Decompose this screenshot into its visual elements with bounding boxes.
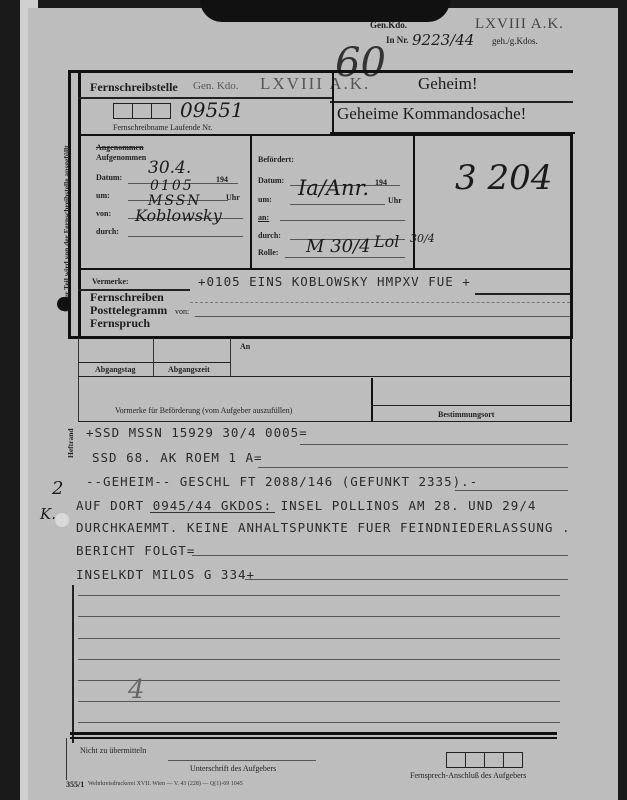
corner xyxy=(68,70,80,73)
body-line-7: INSELKDT MILOS G 334+ xyxy=(76,567,255,582)
form-top-border xyxy=(78,70,573,73)
remarks-value[interactable]: +0105 EINS KOBLOWSKY HMPXV FUE + xyxy=(198,274,471,289)
line xyxy=(258,467,568,468)
type-from-label: von: xyxy=(175,307,189,316)
divider xyxy=(78,338,79,422)
stamp-corps: LXVIII A.K. xyxy=(475,16,564,33)
secret-label: Geheim! xyxy=(418,74,477,94)
divider xyxy=(332,70,334,136)
line xyxy=(192,555,568,556)
margin-mark-k: K. xyxy=(40,505,56,523)
forwarded-to[interactable]: Ia/Anr. xyxy=(298,176,369,200)
body-line-3: --GEHEIM-- GESCHL FT 2088/146 (GEFUNKT 2… xyxy=(86,474,478,489)
divider xyxy=(371,378,373,422)
received-time-label: um: xyxy=(96,191,110,200)
station-label: Fernschreibstelle xyxy=(90,80,178,95)
top-secret-label: Geheime Kommandosache! xyxy=(337,104,526,124)
received-title-crossed: Angenommen xyxy=(96,143,144,152)
body-line-6: BERICHT FOLGT= xyxy=(76,543,195,558)
body-line-2: SSD 68. AK ROEM 1 A= xyxy=(92,450,263,465)
divider xyxy=(250,134,252,268)
forwarded-time-label: um: xyxy=(258,195,272,204)
line xyxy=(128,236,243,237)
form-left-border xyxy=(78,70,81,338)
forwarded-date-label: Datum: xyxy=(258,176,284,185)
heftrand-label: Heftrand xyxy=(66,428,75,458)
line xyxy=(245,579,568,580)
divider xyxy=(153,338,154,376)
line xyxy=(78,595,560,596)
station-corps: LXVIII A.K. xyxy=(260,74,370,94)
double-rule-top xyxy=(70,732,557,735)
dispatch-day-label: Abgangstag xyxy=(95,365,135,374)
line xyxy=(195,316,570,317)
line xyxy=(371,405,570,406)
forwarded-signature: Lol xyxy=(374,232,399,251)
line xyxy=(78,376,570,377)
stamp-classification: geh./g.Kdos. xyxy=(492,36,538,46)
forwarded-role[interactable]: M 30/4 xyxy=(306,236,371,257)
forwarded-by-label: durch: xyxy=(258,231,281,240)
line xyxy=(300,444,568,445)
phone-number-boxes[interactable] xyxy=(446,752,523,768)
line xyxy=(455,490,568,491)
margin-mark-2: 2 xyxy=(52,478,63,499)
type-phone[interactable]: Fernspruch xyxy=(90,316,150,331)
form-section-border xyxy=(68,336,573,339)
print-code: 355/1 xyxy=(66,780,84,789)
print-info: Wehrkreisdruckerei XVII. Wien — V. 43 (2… xyxy=(88,781,243,787)
received-date[interactable]: 30.4. xyxy=(148,158,191,178)
body-line-4: AUF DORT 0945/44 GKDOS: INSEL POLLINOS A… xyxy=(76,498,536,513)
line xyxy=(78,362,230,363)
divider xyxy=(475,293,570,295)
reference-underline xyxy=(150,512,275,513)
not-transmit-label: Nicht zu übermitteln xyxy=(80,746,146,755)
stamp-in-nr-label: In Nr. xyxy=(386,35,409,45)
forwarded-time-unit: Uhr xyxy=(388,196,402,205)
line xyxy=(78,722,560,723)
line xyxy=(285,257,405,258)
signature-label: Unterschrift des Aufgebers xyxy=(190,764,276,773)
received-year: 194 xyxy=(216,175,228,184)
forwarded-year: 194 xyxy=(375,178,387,187)
line xyxy=(190,302,570,303)
received-by[interactable]: Koblowsky xyxy=(135,206,222,225)
scan-shadow xyxy=(200,0,450,22)
faint-mark: 4 xyxy=(128,675,145,705)
line xyxy=(78,701,560,702)
phone-label: Fernsprech-Anschluß des Aufgebers xyxy=(410,771,526,780)
forwarded-title: Befördert: xyxy=(258,155,294,164)
body-line-5: DURCHKAEMMT. KEINE ANHALTSPUNKTE FUER FE… xyxy=(76,520,571,535)
routing-label: Vormerke für Beförderung (vom Aufgeber a… xyxy=(115,406,292,415)
line xyxy=(290,204,385,205)
stamp-in-nr-value: 9223/44 xyxy=(412,31,474,49)
received-date-label: Datum: xyxy=(96,173,122,182)
divider xyxy=(66,738,67,780)
punch-hole xyxy=(57,297,71,311)
received-time-unit: Uhr xyxy=(226,193,240,202)
divider xyxy=(78,268,573,270)
line xyxy=(78,421,570,422)
form-right-border xyxy=(570,134,573,338)
forwarded-role-label: Rolle: xyxy=(258,248,278,257)
destination-label: Bestimmungsort xyxy=(438,410,494,419)
line xyxy=(280,220,405,221)
right-box-number: 3 204 xyxy=(455,158,552,198)
margin-note: Dieser Teil wird von der Fernschreibstel… xyxy=(62,145,71,312)
station-unit: Gen. Kdo. xyxy=(193,80,239,92)
divider xyxy=(78,134,573,136)
body-left-border xyxy=(72,585,74,743)
line xyxy=(78,659,560,660)
line xyxy=(78,616,560,617)
received-from-label: von: xyxy=(96,209,111,218)
divider xyxy=(413,134,415,268)
remarks-label: Vermerke: xyxy=(92,277,129,286)
signature-line xyxy=(168,760,316,761)
line xyxy=(78,638,560,639)
line xyxy=(78,680,560,681)
dispatch-time-label: Abgangszeit xyxy=(168,365,210,374)
body-line-1: +SSD MSSN 15929 30/4 0005= xyxy=(86,425,308,440)
dispatch-to-label: An xyxy=(240,342,250,351)
received-by-label: durch: xyxy=(96,227,119,236)
punch-hole-2 xyxy=(55,513,69,527)
forwarded-to-label: an: xyxy=(258,213,269,222)
divider xyxy=(230,338,231,376)
running-number: 09551 xyxy=(180,98,244,122)
teleprinter-name-boxes[interactable] xyxy=(113,103,171,119)
double-rule-bottom xyxy=(70,737,557,739)
received-time[interactable]: 0105 xyxy=(150,178,194,194)
running-number-label: Fernschreibname Laufende Nr. xyxy=(113,123,212,132)
stamp-unit: Gen.Kdo. xyxy=(370,20,407,30)
divider xyxy=(570,338,572,422)
divider xyxy=(330,101,573,103)
received-title: Aufgenommen xyxy=(96,153,146,162)
